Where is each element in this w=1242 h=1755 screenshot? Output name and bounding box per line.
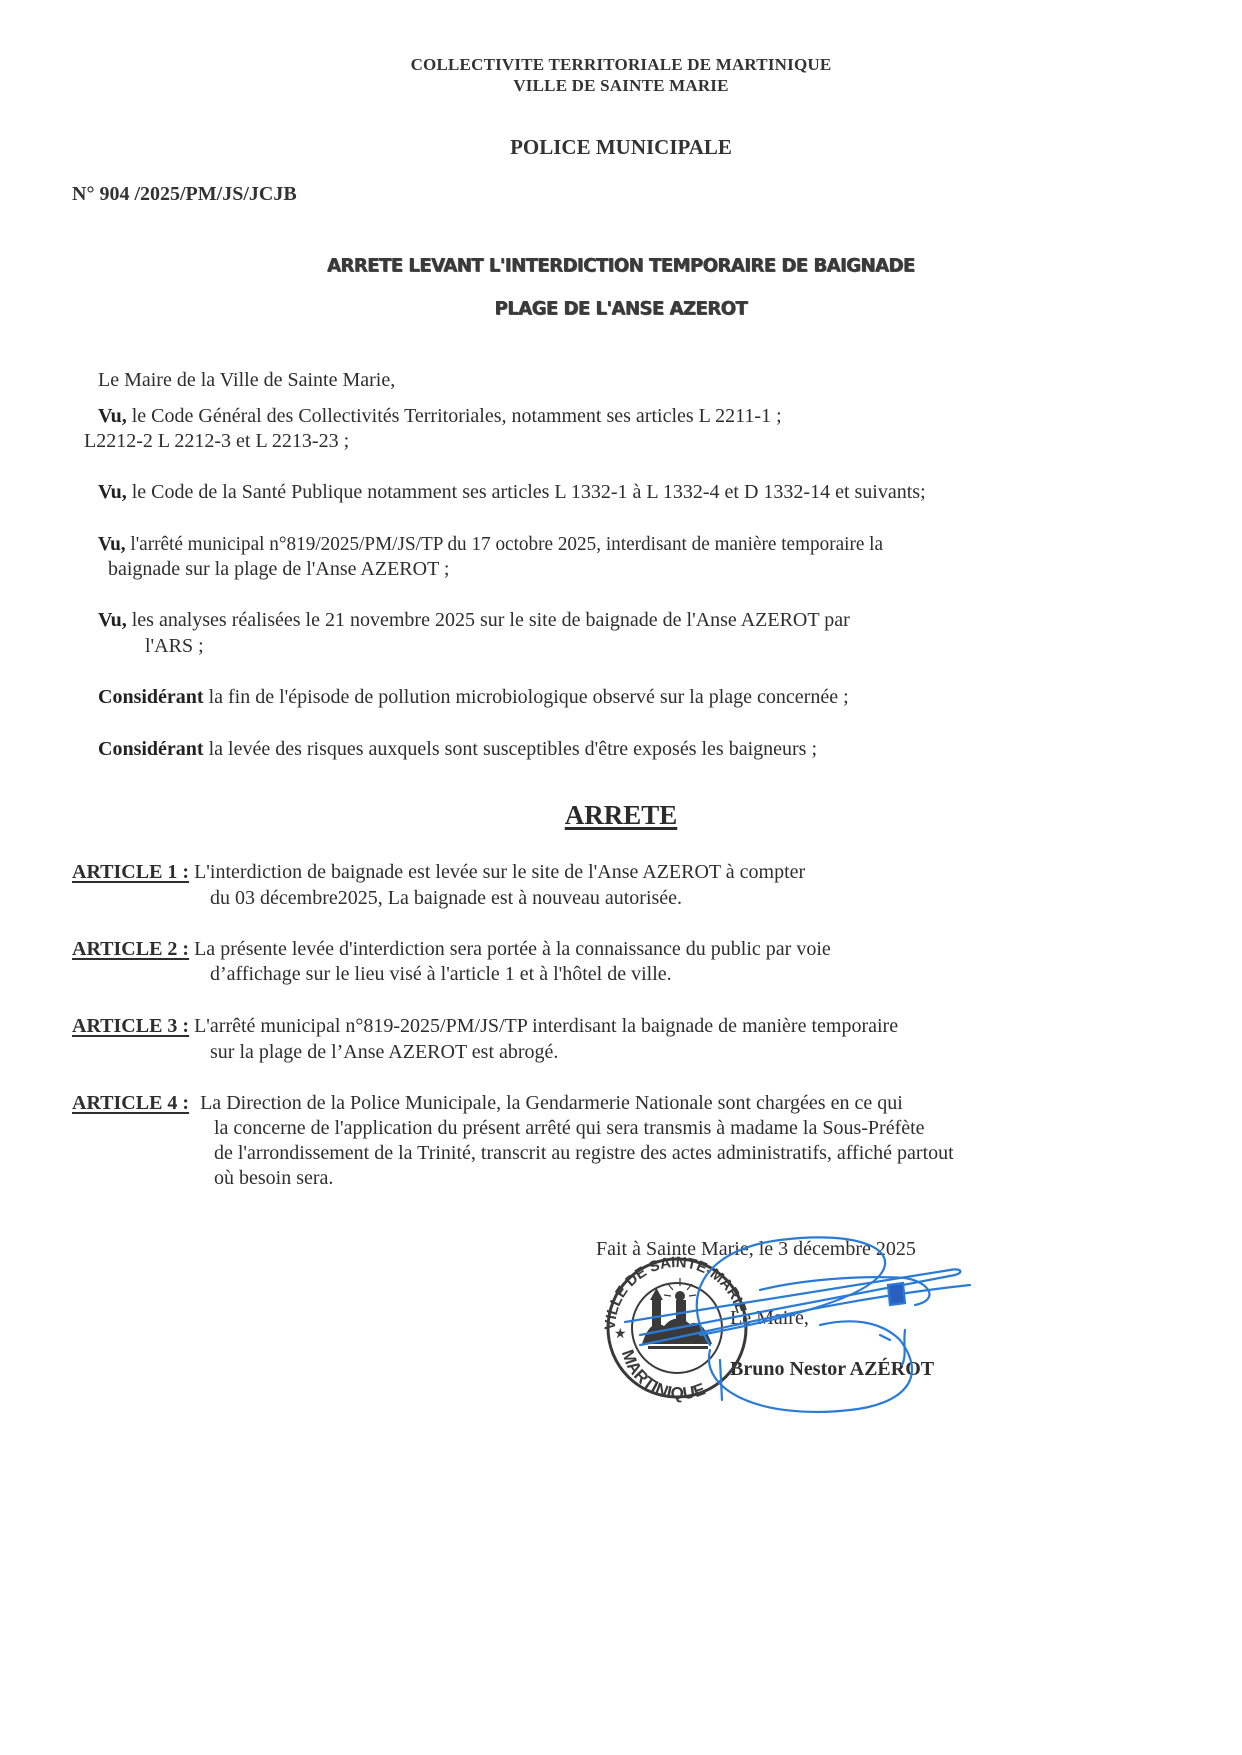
stamp-top-text: VILLE DE SAINTE-MARIE (602, 1254, 750, 1330)
document-title: ARRETE LEVANT L'INTERDICTION TEMPORAIRE … (0, 254, 1242, 276)
article-text: La Direction de la Police Municipale, la… (200, 1092, 903, 1114)
preamble-text: l'arrêté municipal n°819/2025/PM/JS/TP d… (130, 533, 883, 555)
signature-place-date: Fait à Sainte Marie, le 3 décembre 2025 (596, 1237, 916, 1261)
svg-text:MARTINIQUE: MARTINIQUE (618, 1347, 708, 1403)
article-text: L'interdiction de baignade est levée sur… (194, 861, 805, 883)
article-3: ARTICLE 3 : L'arrêté municipal n°819-202… (72, 1014, 898, 1038)
article-label: ARTICLE 3 : (72, 1015, 189, 1037)
preamble-item: Vu, le Code Général des Collectivités Te… (98, 404, 782, 428)
article-text-continued: sur la plage de l’Anse AZEROT est abrogé… (210, 1040, 558, 1064)
preamble-text: les analyses réalisées le 21 novembre 20… (132, 609, 850, 631)
preamble-keyword: Vu, (98, 405, 127, 427)
svg-text:VILLE DE SAINTE-MARIE: VILLE DE SAINTE-MARIE (602, 1254, 750, 1330)
article-text: L'arrêté municipal n°819-2025/PM/JS/TP i… (194, 1015, 898, 1037)
arrete-reference-number: N° 904 /2025/PM/JS/JCJB (72, 183, 297, 206)
article-text-continued: la concerne de l'application du présent … (214, 1116, 925, 1140)
preamble-item: Vu, le Code de la Santé Publique notamme… (98, 480, 926, 504)
preamble-text-continued: baignade sur la plage de l'Anse AZEROT ; (108, 557, 449, 581)
svg-text:★: ★ (614, 1327, 627, 1342)
preamble-item: Vu, l'arrêté municipal n°819/2025/PM/JS/… (98, 532, 883, 556)
preamble-item: Considérant la fin de l'épisode de pollu… (98, 685, 849, 709)
preamble-keyword: Considérant (98, 686, 204, 708)
article-label: ARTICLE 4 : (72, 1092, 189, 1114)
article-label: ARTICLE 1 : (72, 861, 189, 883)
document-subtitle: PLAGE DE L'ANSE AZEROT (0, 297, 1242, 319)
signature-role: Le Maire, (730, 1306, 809, 1330)
preamble-intro: Le Maire de la Ville de Sainte Marie, (98, 368, 395, 392)
stamp-bottom-text: MARTINIQUE (618, 1347, 708, 1403)
article-1: ARTICLE 1 : L'interdiction de baignade e… (72, 860, 805, 884)
article-label: ARTICLE 2 : (72, 938, 189, 960)
header-police-municipale: POLICE MUNICIPALE (0, 135, 1242, 160)
preamble-keyword: Vu, (98, 481, 127, 503)
article-text-continued: du 03 décembre2025, La baignade est à no… (210, 886, 682, 910)
header-ville: VILLE DE SAINTE MARIE (0, 76, 1242, 96)
preamble-text: la fin de l'épisode de pollution microbi… (209, 686, 849, 708)
article-text-continued: de l'arrondissement de la Trinité, trans… (214, 1141, 954, 1165)
preamble-text-continued: L2212-2 L 2212-3 et L 2213-23 ; (84, 429, 349, 453)
preamble-keyword: Considérant (98, 738, 204, 760)
preamble-item: Vu, les analyses réalisées le 21 novembr… (98, 608, 850, 632)
preamble-text-continued: l'ARS ; (145, 634, 204, 658)
header-collectivite: COLLECTIVITE TERRITORIALE DE MARTINIQUE (0, 55, 1242, 75)
preamble-item: Considérant la levée des risques auxquel… (98, 737, 817, 761)
article-text-continued: où besoin sera. (214, 1166, 333, 1190)
article-text-continued: d’affichage sur le lieu visé à l'article… (210, 962, 672, 986)
preamble-text: le Code Général des Collectivités Territ… (132, 405, 782, 427)
preamble-keyword: Vu, (98, 533, 126, 555)
preamble-keyword: Vu, (98, 609, 127, 631)
decision-heading: ARRETE (0, 800, 1242, 831)
signature-name: Bruno Nestor AZÉROT (730, 1357, 934, 1381)
preamble-text: le Code de la Santé Publique notamment s… (132, 481, 926, 503)
article-4: ARTICLE 4 : La Direction de la Police Mu… (72, 1091, 903, 1115)
article-2: ARTICLE 2 : La présente levée d'interdic… (72, 937, 831, 961)
article-text: La présente levée d'interdiction sera po… (194, 938, 831, 960)
preamble-text: la levée des risques auxquels sont susce… (209, 738, 817, 760)
